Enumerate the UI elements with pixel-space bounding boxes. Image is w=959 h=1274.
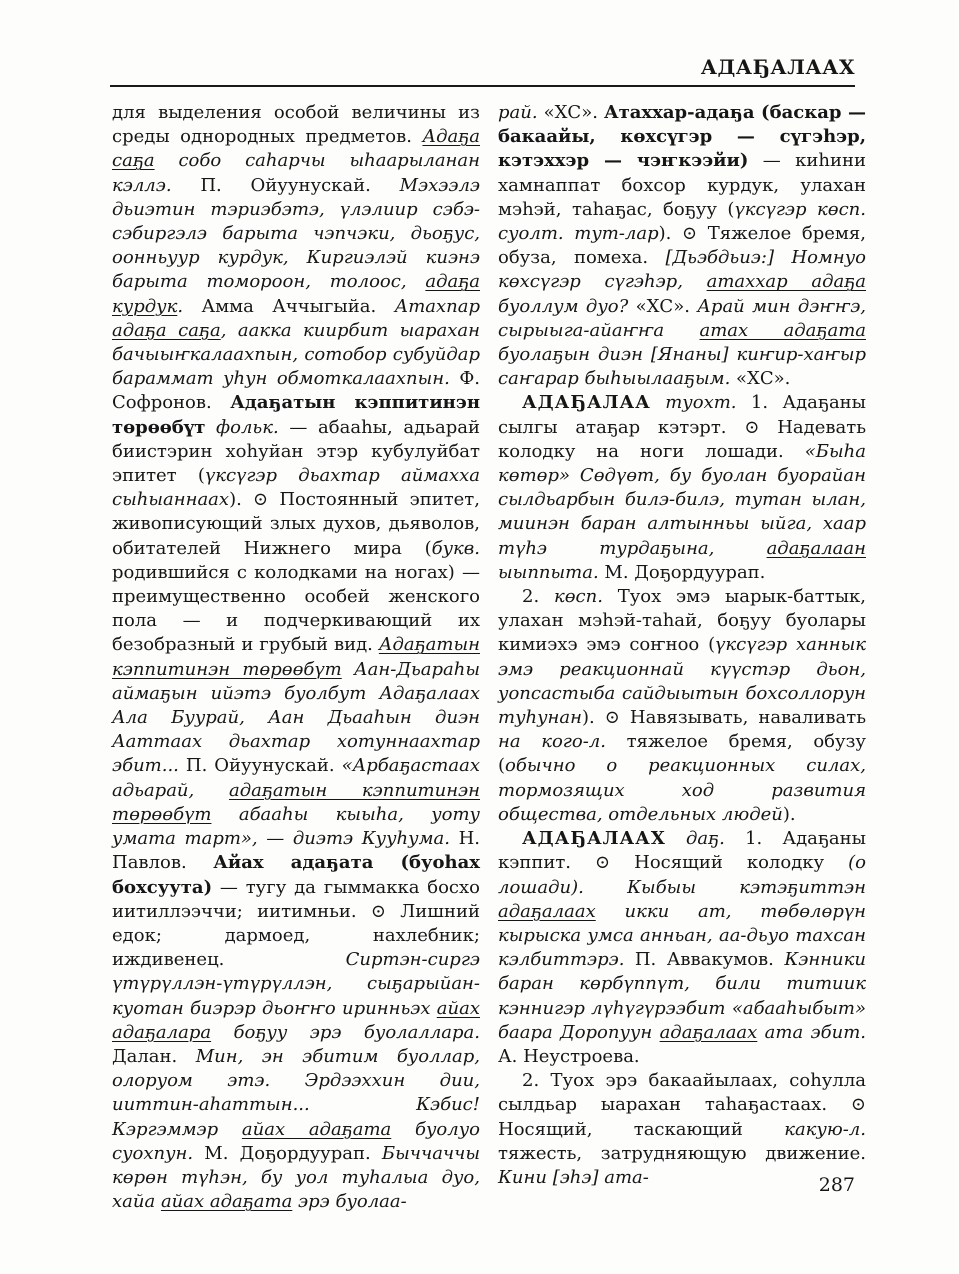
text-run: адаҕалаах — [660, 1022, 758, 1043]
paragraph: 2. Туох эрэ бакаайылаах, соһулла сылдьар… — [498, 1069, 866, 1190]
text-run: букв. — [432, 538, 480, 559]
text-run: Далан. — [112, 1046, 196, 1067]
text-run: Атахпар — [395, 296, 480, 317]
text-run: рай. — [498, 102, 538, 123]
text-run: адаҕалаан — [767, 538, 866, 559]
text-run: 2. — [522, 586, 554, 607]
text-run: айах адаҕата — [242, 1119, 391, 1140]
text-run: фольк. — [205, 417, 278, 438]
text-run: Кини [эһэ] ата- — [498, 1167, 649, 1188]
paragraph: АДАҔАЛАА туохт. 1. Адаҕаны сылгы атаҕар … — [498, 391, 866, 585]
text-run: тяжесть, затрудняющую движение. — [498, 1143, 866, 1164]
text-run: П. Ойуунускай. — [179, 755, 342, 776]
text-run: АДАҔАЛААХ — [522, 828, 666, 849]
text-run: ата эбит. — [757, 1022, 866, 1043]
text-run: адаҕалаах — [498, 901, 596, 922]
text-run: боҕуу эрэ буолаллара. — [211, 1022, 480, 1043]
text-run: ). — [783, 804, 796, 825]
text-run: буоллум дуо? — [498, 296, 628, 317]
paragraph: АДАҔАЛААХ даҕ. 1. Адаҕаны кэппит. ⊙ Нося… — [498, 827, 866, 1069]
text-run: «ХС». — [538, 102, 604, 123]
text-run: П. Ойуунускай. — [172, 175, 400, 196]
text-run: даҕ. — [666, 828, 725, 849]
text-run: көсп. — [554, 586, 603, 607]
text-run: М. Доҕордуурап. — [193, 1143, 382, 1164]
text-run — [584, 877, 627, 898]
text-run: атах адаҕата — [700, 320, 867, 341]
paragraph: для выделения особой величины из среды о… — [112, 101, 480, 1214]
text-run: А. Неустроева. — [498, 1046, 640, 1067]
text-run: «ХС». — [628, 296, 697, 317]
paragraph: 2. көсп. Туох эмэ ыарык-баттык, улахан м… — [498, 585, 866, 827]
text-run: АДАҔАЛАА — [522, 392, 651, 413]
text-run: М. Доҕордуурап. — [599, 562, 766, 583]
text-run: «ХС». — [730, 368, 790, 389]
page-number: 287 — [819, 1174, 855, 1196]
text-run: айах адаҕата — [161, 1191, 292, 1212]
text-run: ыыппыта. — [498, 562, 599, 583]
text-run: обычно о реакционных силах, тормозящих х… — [498, 755, 866, 824]
text-run: Амма Аччыгыйа. — [183, 296, 395, 317]
text-run: ). ⊙ Навязывать, наваливать — [582, 707, 866, 728]
paragraph: рай. «ХС». Атаххар-адаҕа (баскар — бакаа… — [498, 101, 866, 391]
column-right: рай. «ХС». Атаххар-адаҕа (баскар — бакаа… — [498, 101, 866, 1214]
text-run: на кого-л. — [498, 731, 606, 752]
text-run: буолаҕын диэн [Янаны] киҥир-хаҥыр саҥара… — [498, 344, 866, 389]
column-left: для выделения особой величины из среды о… — [112, 101, 480, 1214]
text-run: туохт. — [651, 392, 737, 413]
text-run: какую-л. — [784, 1119, 866, 1140]
text-run: П. Аввакумов. — [624, 949, 784, 970]
text-run: атаххар адаҕа — [707, 271, 866, 292]
header-rule — [110, 85, 855, 87]
text-run: адаҕа саҕа — [112, 320, 221, 341]
text-columns: для выделения особой величины из среды о… — [112, 101, 866, 1214]
dictionary-page: АДАҔАЛААХ для выделения особой величины … — [0, 0, 959, 1274]
text-run: Кыбыы кэтэҕиттэн — [627, 877, 866, 898]
text-run: эрэ буолаа- — [292, 1191, 406, 1212]
running-head: АДАҔАЛААХ — [701, 55, 855, 79]
